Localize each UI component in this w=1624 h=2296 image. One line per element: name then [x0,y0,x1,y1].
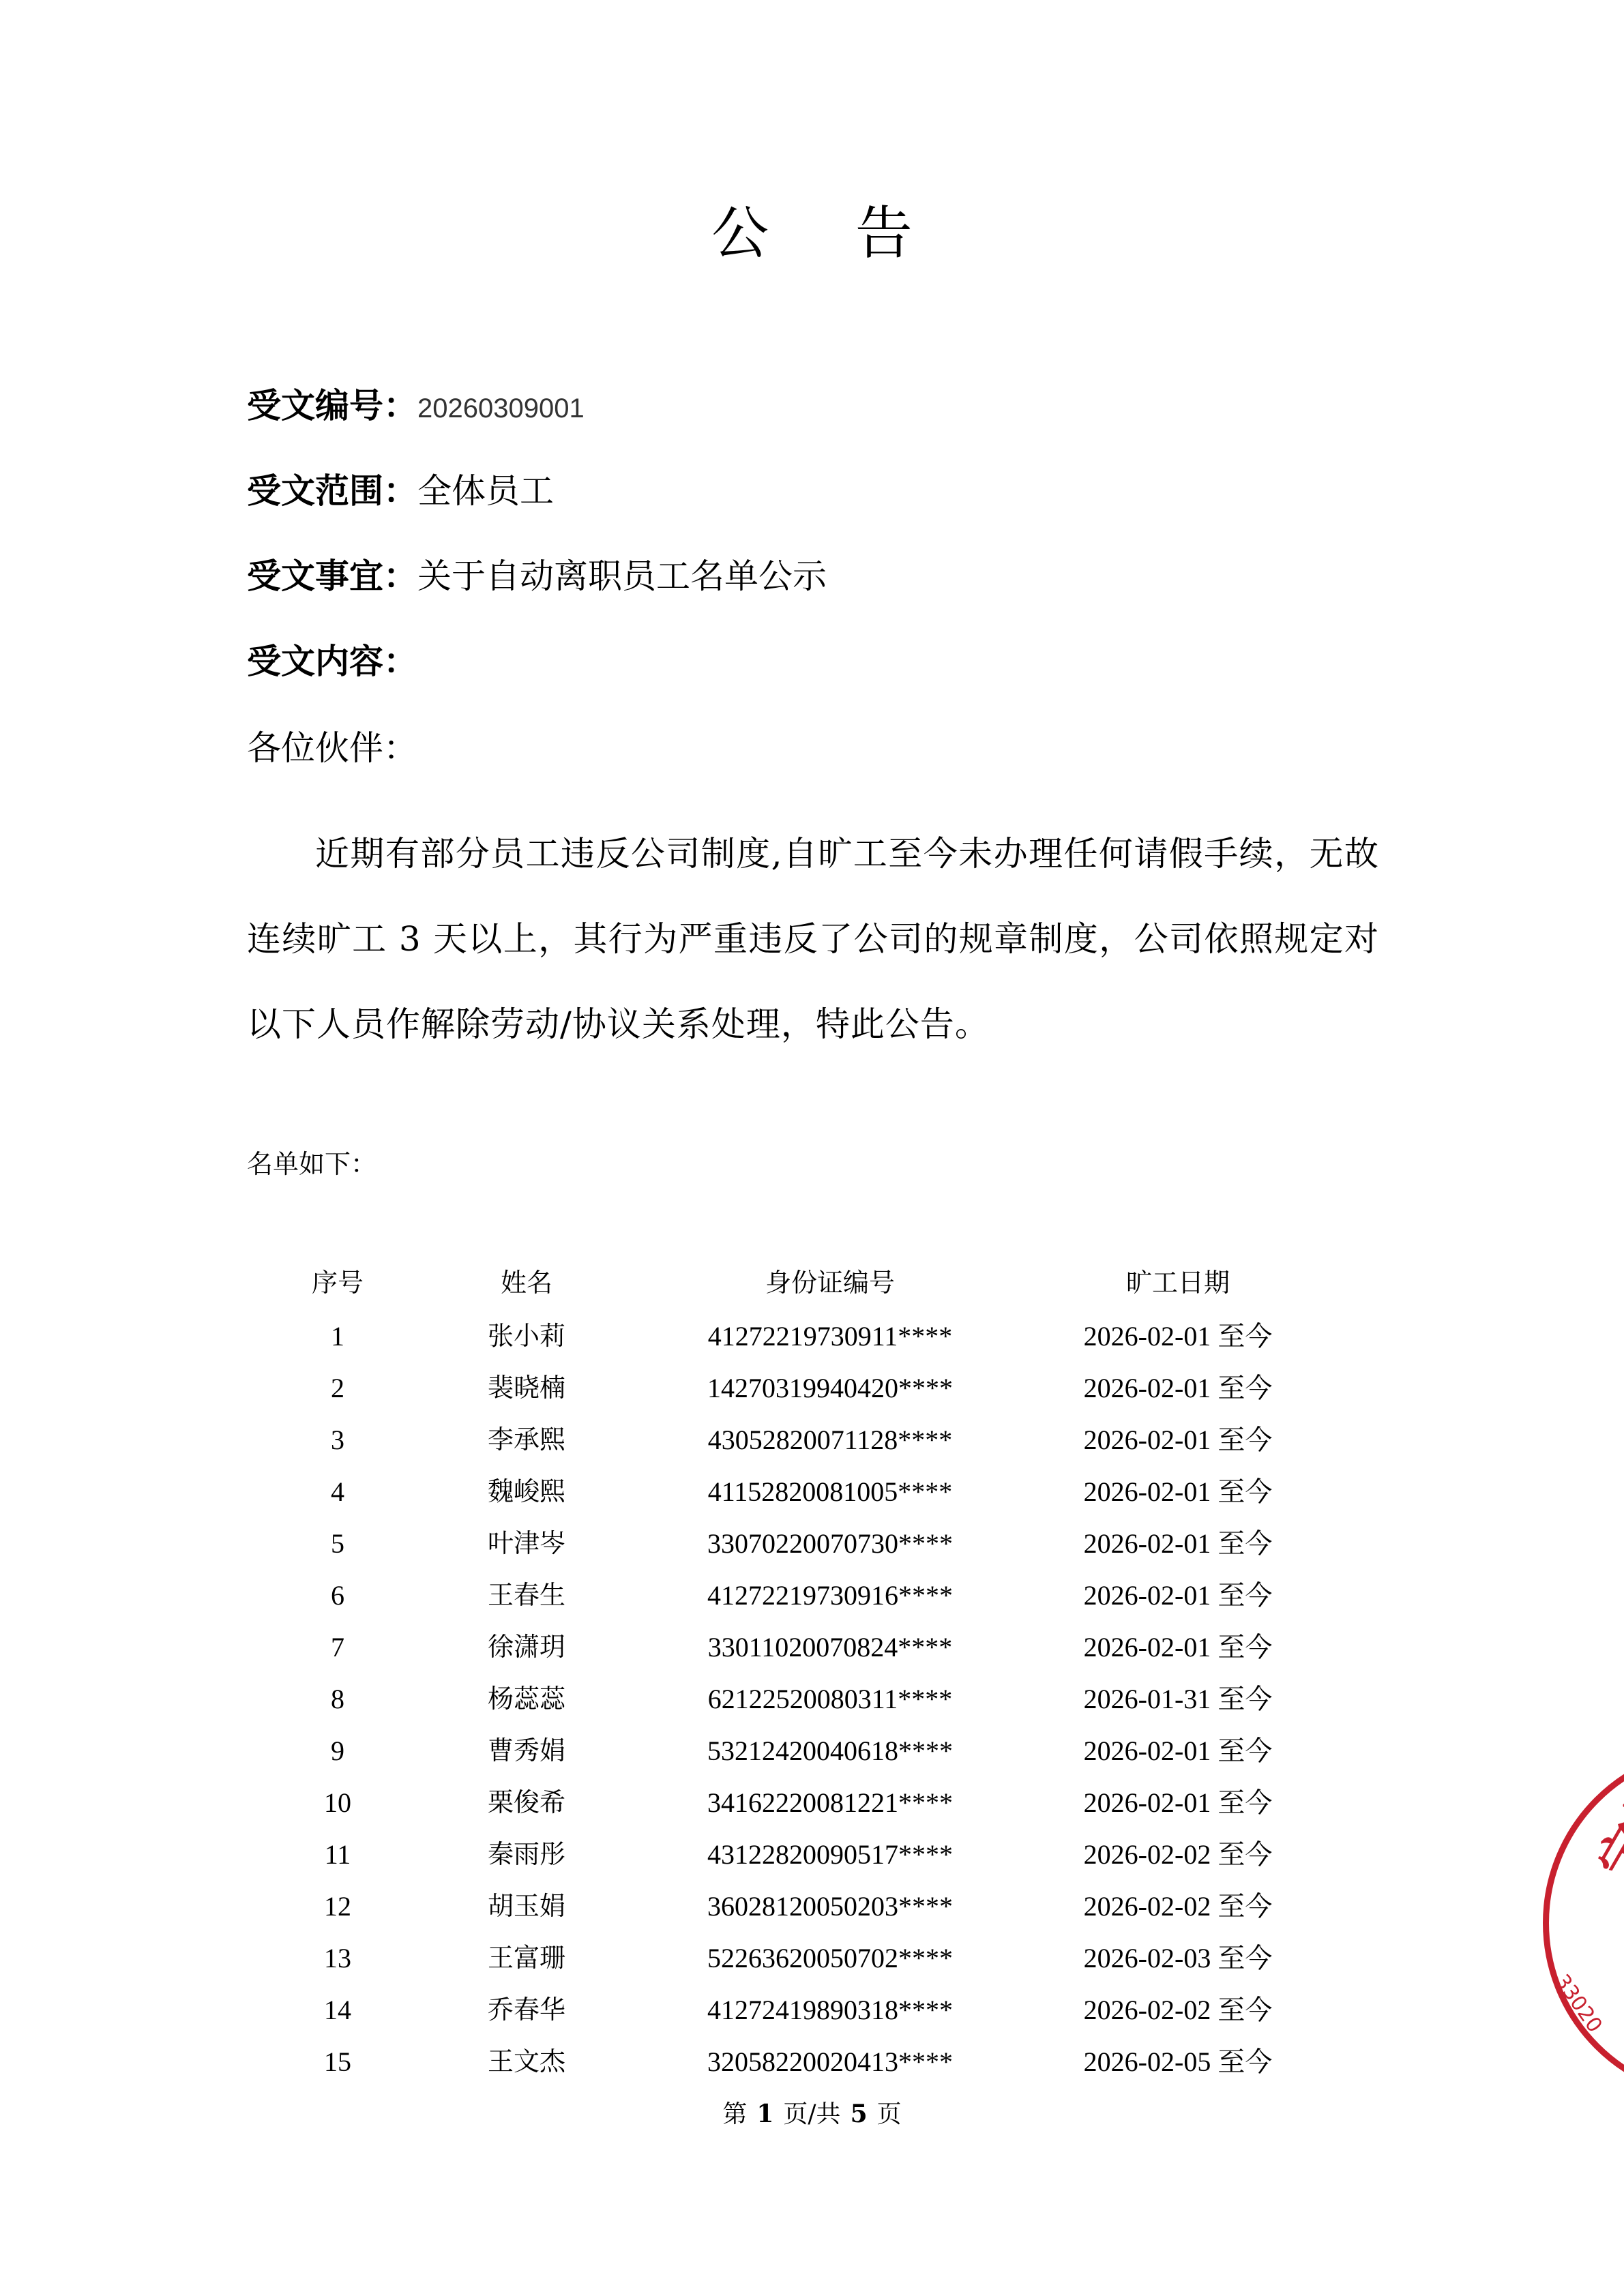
document-title: 公 告 [0,205,1624,262]
table-body: 1张小莉41272219730911****2026-02-01 至今2裴晓楠1… [259,1323,1364,2100]
table-row: 7徐潇玥33011020070824****2026-02-01 至今 [259,1634,1364,1686]
cell-absence-date: 2026-02-01 至今 [1084,1323,1273,1350]
cell-id-number: 41272219730916**** [707,1582,953,1609]
page-footer: 第1页/共5页 [0,2102,1624,2127]
table-row: 15王文杰32058220020413****2026-02-05 至今 [259,2048,1364,2100]
list-intro: 名单如下： [247,1151,377,1177]
field-value: 关于自动离职员工名单公示 [417,556,827,596]
greeting: 各位伙伴： [247,731,417,765]
cell-name: 叶津岑 [488,1530,565,1556]
seal-code: 33020 [1550,1970,1606,2037]
cell-absence-date: 2026-02-02 至今 [1084,1997,1273,2024]
table-header: 序号 姓名 身份证编号 旷工日期 [259,1270,1364,1323]
cell-absence-date: 2026-02-03 至今 [1084,1945,1273,1972]
cell-name: 裴晓楠 [488,1375,565,1401]
footer-prefix: 第 [722,2100,747,2128]
body-paragraph: 近期有部分员工违反公司制度,自旷工至今未办理任何请假手续，无故连续旷工 3 天以… [247,811,1379,1067]
table-row: 4魏峻熙41152820081005****2026-02-01 至今 [259,1478,1364,1530]
table-row: 1张小莉41272219730911****2026-02-01 至今 [259,1323,1364,1375]
cell-id-number: 41272219730911**** [708,1323,953,1350]
cell-id-number: 34162220081221**** [707,1789,953,1817]
cell-index: 1 [331,1323,344,1350]
field-content: 受文内容： [247,644,417,679]
header-index: 序号 [312,1270,364,1296]
cell-name: 王富珊 [488,1945,565,1971]
cell-absence-date: 2026-02-01 至今 [1084,1789,1273,1817]
cell-id-number: 41152820081005**** [708,1478,953,1506]
cell-id-number: 43122820090517**** [707,1841,953,1868]
field-scope: 受文范围：全体员工 [247,474,554,508]
field-label: 受文编号： [247,386,417,426]
employee-table: 序号 姓名 身份证编号 旷工日期 1张小莉41272219730911****2… [259,1270,1364,2100]
header-id-number: 身份证编号 [765,1270,895,1296]
table-row: 10栗俊希34162220081221****2026-02-01 至今 [259,1789,1364,1841]
table-row: 13王富珊52263620050702****2026-02-03 至今 [259,1945,1364,1997]
field-value: 全体员工 [417,471,554,511]
table-row: 8杨蕊蕊62122520080311****2026-01-31 至今 [259,1686,1364,1738]
cell-index: 9 [331,1738,344,1765]
cell-absence-date: 2026-02-01 至今 [1084,1634,1273,1661]
cell-name: 杨蕊蕊 [488,1686,565,1712]
cell-index: 7 [331,1634,344,1661]
cell-index: 8 [331,1686,344,1713]
cell-id-number: 14270319940420**** [707,1375,953,1402]
cell-name: 张小莉 [488,1323,565,1349]
cell-index: 12 [324,1893,351,1920]
cell-index: 14 [324,1997,351,2024]
table-row: 5叶津岑33070220070730****2026-02-01 至今 [259,1530,1364,1582]
cell-id-number: 53212420040618**** [707,1738,953,1765]
cell-id-number: 41272419890318**** [707,1997,953,2024]
cell-index: 11 [325,1841,351,1868]
cell-index: 13 [324,1945,351,1972]
table-row: 9曹秀娟53212420040618****2026-02-01 至今 [259,1738,1364,1789]
table-row: 12胡玉娟36028120050203****2026-02-02 至今 [259,1893,1364,1945]
field-document-number: 受文编号：20260309001 [247,389,585,423]
cell-name: 魏峻熙 [488,1478,565,1504]
field-label: 受文事宜： [247,556,417,596]
table-row: 3李承熙43052820071128****2026-02-01 至今 [259,1427,1364,1478]
field-subject: 受文事宜：关于自动离职员工名单公示 [247,559,827,593]
cell-id-number: 33070220070730**** [707,1530,953,1557]
cell-name: 栗俊希 [488,1789,565,1815]
cell-index: 2 [331,1375,344,1402]
header-name: 姓名 [501,1270,552,1296]
document-page: 公 告 受文编号：20260309001 受文范围：全体员工 受文事宜：关于自动… [0,0,1624,2296]
cell-name: 秦雨彤 [488,1841,565,1867]
cell-id-number: 52263620050702**** [707,1945,953,1972]
cell-index: 3 [331,1427,344,1454]
cell-absence-date: 2026-02-01 至今 [1084,1738,1273,1765]
cell-index: 10 [324,1789,351,1817]
cell-id-number: 33011020070824**** [708,1634,953,1661]
field-label: 受文范围： [247,471,417,511]
cell-name: 徐潇玥 [488,1634,565,1660]
cell-id-number: 62122520080311**** [708,1686,953,1713]
cell-index: 6 [331,1582,344,1609]
cell-index: 4 [331,1478,344,1506]
cell-name: 王文杰 [488,2048,565,2074]
total-pages: 5 [851,2100,868,2128]
seal-text: 宁波 [1576,1750,1624,1892]
cell-absence-date: 2026-02-01 至今 [1084,1478,1273,1506]
field-value: 20260309001 [417,393,585,423]
cell-index: 5 [331,1530,344,1557]
cell-name: 曹秀娟 [488,1738,565,1763]
footer-suffix: 页 [877,2100,902,2128]
current-page: 1 [756,2100,773,2128]
cell-absence-date: 2026-02-02 至今 [1084,1893,1273,1920]
field-label: 受文内容： [247,642,417,681]
cell-name: 乔春华 [488,1997,565,2023]
cell-id-number: 43052820071128**** [708,1427,953,1454]
cell-name: 胡玉娟 [488,1893,565,1919]
cell-name: 李承熙 [488,1427,565,1452]
cell-absence-date: 2026-02-05 至今 [1084,2048,1273,2076]
cell-id-number: 36028120050203**** [707,1893,953,1920]
cell-absence-date: 2026-02-01 至今 [1084,1582,1273,1609]
table-row: 2裴晓楠14270319940420****2026-02-01 至今 [259,1375,1364,1427]
header-absence-date: 旷工日期 [1126,1270,1230,1296]
cell-index: 15 [324,2048,351,2076]
table-row: 6王春生41272219730916****2026-02-01 至今 [259,1582,1364,1634]
cell-absence-date: 2026-02-01 至今 [1084,1530,1273,1557]
table-row: 14乔春华41272419890318****2026-02-02 至今 [259,1997,1364,2048]
cell-id-number: 32058220020413**** [707,2048,953,2076]
cell-absence-date: 2026-02-01 至今 [1084,1427,1273,1454]
cell-name: 王春生 [488,1582,565,1608]
footer-middle: 页/共 [783,2100,840,2128]
cell-absence-date: 2026-02-01 至今 [1084,1375,1273,1402]
company-seal-stamp: 宁波 33020 [1543,1746,1624,2100]
cell-absence-date: 2026-01-31 至今 [1084,1686,1273,1713]
table-row: 11秦雨彤43122820090517****2026-02-02 至今 [259,1841,1364,1893]
cell-absence-date: 2026-02-02 至今 [1084,1841,1273,1868]
